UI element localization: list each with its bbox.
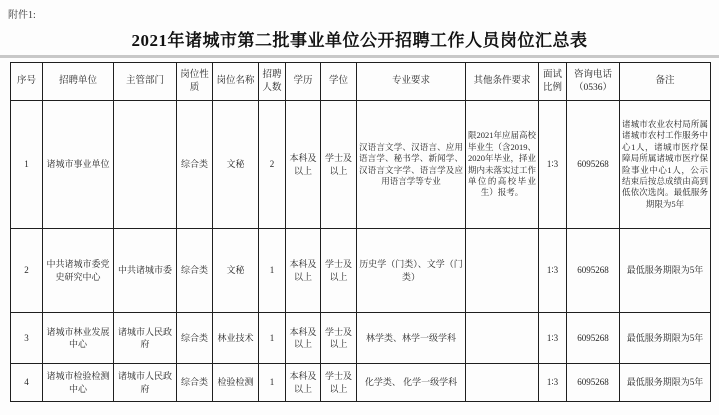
cell-education: 本科及以上 <box>286 364 321 402</box>
cell-degree: 学士及以上 <box>321 229 357 313</box>
cell-major: 化学类、 化学一级学科 <box>357 364 466 402</box>
cell-other <box>466 313 539 364</box>
col-header-ratio: 面试比例 <box>539 63 567 101</box>
col-header-remark: 备注 <box>620 63 711 101</box>
cell-degree: 学士及以上 <box>321 101 357 229</box>
attachment-label: 附件1: <box>8 6 36 21</box>
cell-no: 4 <box>11 364 43 402</box>
cell-other <box>466 364 539 402</box>
cell-other <box>466 229 539 313</box>
col-header-type: 岗位性质 <box>177 63 213 101</box>
cell-position: 林业技术 <box>213 313 259 364</box>
col-header-count: 招聘人数 <box>259 63 286 101</box>
cell-education: 本科及以上 <box>286 313 321 364</box>
cell-remark: 最低服务期限为5年 <box>620 313 711 364</box>
cell-type: 综合类 <box>177 101 213 229</box>
cell-unit: 中共诸城市委党史研究中心 <box>43 229 114 313</box>
cell-other: 限2021年应届高校毕业生（含2019、2020年毕业，择业期内未落实过工作单位… <box>466 101 539 229</box>
job-positions-table: 序号 招聘单位 主管部门 岗位性质 岗位名称 招聘人数 学历 学位 专业要求 其… <box>10 62 711 402</box>
cell-phone: 6095268 <box>567 313 620 364</box>
cell-position: 文秘 <box>213 229 259 313</box>
col-header-dept: 主管部门 <box>114 63 177 101</box>
cell-major: 历史学（门类）、文学（门类） <box>357 229 466 313</box>
col-header-no: 序号 <box>11 63 43 101</box>
col-header-phone: 咨询电话（0536） <box>567 63 620 101</box>
cell-count: 1 <box>259 313 286 364</box>
table-row: 4 诸城市检验检测中心 诸城市人民政府 综合类 检验检测 1 本科及以上 学士及… <box>11 364 711 402</box>
col-header-major: 专业要求 <box>357 63 466 101</box>
cell-unit: 诸城市林业发展中心 <box>43 313 114 364</box>
page-title: 2021年诸城市第二批事业单位公开招聘工作人员岗位汇总表 <box>0 26 719 51</box>
cell-ratio: 1∶3 <box>539 313 567 364</box>
cell-unit: 诸城市检验检测中心 <box>43 364 114 402</box>
cell-no: 3 <box>11 313 43 364</box>
table-row: 1 诸城市事业单位 综合类 文秘 2 本科及以上 学士及以上 汉语言文学、汉语言… <box>11 101 711 229</box>
cell-count: 1 <box>259 364 286 402</box>
cell-remark: 最低服务期限为5年 <box>620 229 711 313</box>
cell-remark: 诸城市农业农村局所属诸城市农村工作服务中心1人，诸城市医疗保障局所属诸城市医疗保… <box>620 101 711 229</box>
cell-major: 汉语言文学、汉语言、应用语言学、秘书学、新闻学、汉语言文字学、语言学及应用语言学… <box>357 101 466 229</box>
cell-remark: 最低服务期限为5年 <box>620 364 711 402</box>
cell-dept: 诸城市人民政府 <box>114 364 177 402</box>
table-row: 3 诸城市林业发展中心 诸城市人民政府 综合类 林业技术 1 本科及以上 学士及… <box>11 313 711 364</box>
cell-dept: 中共诸城市委 <box>114 229 177 313</box>
cell-count: 1 <box>259 229 286 313</box>
cell-phone: 6095268 <box>567 101 620 229</box>
cell-no: 1 <box>11 101 43 229</box>
col-header-degree: 学位 <box>321 63 357 101</box>
cell-phone: 6095268 <box>567 364 620 402</box>
cell-degree: 学士及以上 <box>321 364 357 402</box>
cell-ratio: 1∶3 <box>539 364 567 402</box>
col-header-other: 其他条件要求 <box>466 63 539 101</box>
cell-major: 林学类、林学一级学科 <box>357 313 466 364</box>
cell-ratio: 1∶3 <box>539 229 567 313</box>
col-header-unit: 招聘单位 <box>43 63 114 101</box>
cell-education: 本科及以上 <box>286 229 321 313</box>
cell-position: 文秘 <box>213 101 259 229</box>
col-header-position: 岗位名称 <box>213 63 259 101</box>
cell-no: 2 <box>11 229 43 313</box>
cell-dept <box>114 101 177 229</box>
cell-phone: 6095268 <box>567 229 620 313</box>
cell-type: 综合类 <box>177 364 213 402</box>
divider-line <box>0 55 719 58</box>
cell-degree: 学士及以上 <box>321 313 357 364</box>
table-header-row: 序号 招聘单位 主管部门 岗位性质 岗位名称 招聘人数 学历 学位 专业要求 其… <box>11 63 711 101</box>
cell-count: 2 <box>259 101 286 229</box>
cell-ratio: 1∶3 <box>539 101 567 229</box>
document-page: 附件1: 2021年诸城市第二批事业单位公开招聘工作人员岗位汇总表 序号 招聘单… <box>0 0 719 415</box>
cell-unit: 诸城市事业单位 <box>43 101 114 229</box>
cell-type: 综合类 <box>177 313 213 364</box>
cell-education: 本科及以上 <box>286 101 321 229</box>
cell-dept: 诸城市人民政府 <box>114 313 177 364</box>
col-header-education: 学历 <box>286 63 321 101</box>
table-row: 2 中共诸城市委党史研究中心 中共诸城市委 综合类 文秘 1 本科及以上 学士及… <box>11 229 711 313</box>
cell-type: 综合类 <box>177 229 213 313</box>
cell-position: 检验检测 <box>213 364 259 402</box>
